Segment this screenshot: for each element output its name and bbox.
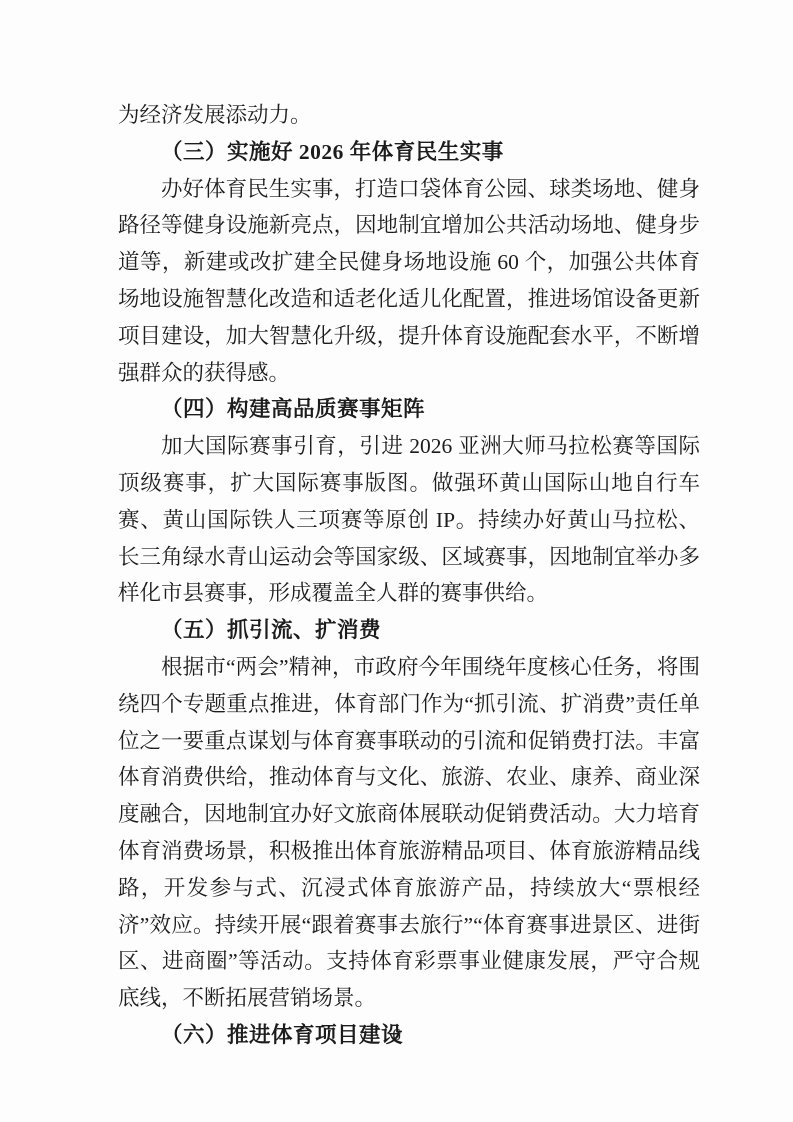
document-page: 为经济发展添动力。（三）实施好 2026 年体育民生实事办好体育民生实事，打造口…	[0, 0, 793, 1122]
body-paragraph: 根据市“两会”精神，市政府今年围绕年度核心任务，将围绕四个专题重点推进，体育部门…	[118, 649, 700, 1017]
section-heading: （五）抓引流、扩消费	[118, 612, 700, 649]
section-heading: （四）构建高品质赛事矩阵	[118, 391, 700, 428]
body-paragraph: 为经济发展添动力。	[118, 97, 700, 134]
body-paragraph: 加大国际赛事引育，引进 2026 亚洲大师马拉松赛等国际顶级赛事，扩大国际赛事版…	[118, 428, 700, 612]
document-body: 为经济发展添动力。（三）实施好 2026 年体育民生实事办好体育民生实事，打造口…	[118, 97, 700, 1054]
page-number: 6	[0, 1024, 793, 1046]
section-heading: （三）实施好 2026 年体育民生实事	[118, 134, 700, 171]
body-paragraph: 办好体育民生实事，打造口袋体育公园、球类场地、健身路径等健身设施新亮点，因地制宜…	[118, 171, 700, 392]
